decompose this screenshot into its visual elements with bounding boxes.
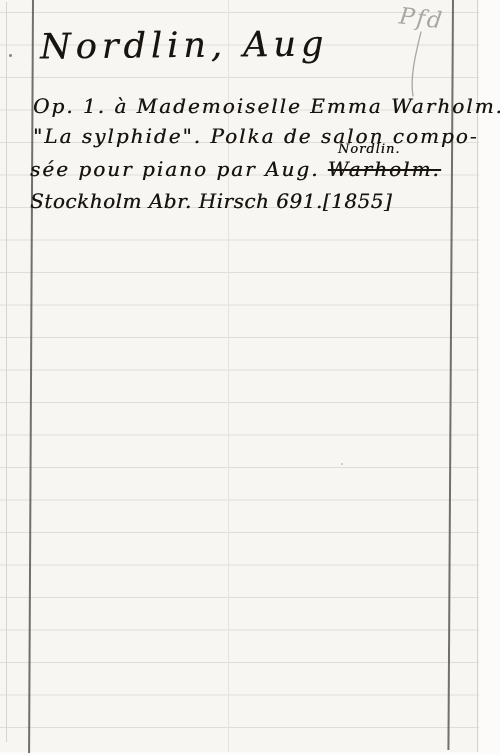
- left-edge-rule: [6, 2, 7, 742]
- correction-surname: Nordlin.: [338, 142, 401, 157]
- corrected-word-wrap: Warholm.Nordlin.: [328, 157, 441, 181]
- ink-speck: [9, 54, 12, 57]
- entry-line-title: "La sylphide". Polka de salon compo-: [33, 124, 479, 148]
- entry-line-publisher: Stockholm Abr. Hirsch 691.[1855]: [30, 189, 392, 213]
- entry-line-imprint: sée pour piano par Aug. Warholm.Nordlin.: [30, 157, 441, 181]
- pencil-tail-stroke: [405, 28, 429, 102]
- struck-surname: Warholm.: [328, 157, 441, 181]
- scanned-catalog-card: Pfd Nordlin, Aug Op. 1. à Mademoiselle E…: [0, 0, 500, 755]
- entry-line-dedication: Op. 1. à Mademoiselle Emma Warholm.: [33, 94, 500, 118]
- imprint-text: sée pour piano par Aug.: [30, 157, 328, 181]
- ink-speck: [341, 463, 343, 465]
- catalog-heading: Nordlin, Aug: [40, 24, 329, 67]
